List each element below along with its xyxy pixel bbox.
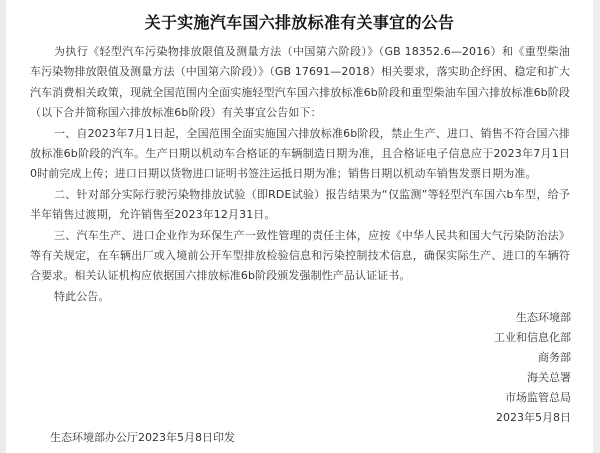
paragraph-closing: 特此公告。 <box>30 287 570 307</box>
signatory-commerce: 商务部 <box>494 348 571 368</box>
paragraph-item-1: 一、自2023年7月1日起，全国范围全面实施国六排放标准6b阶段，禁止生产、进口… <box>30 124 570 185</box>
document-body: 为执行《轻型汽车污染物排放限值及测量方法（中国第六阶段）》（GB 18352.6… <box>30 42 570 307</box>
page-scrollbar-track[interactable] <box>593 0 600 453</box>
signatory-miit: 工业和信息化部 <box>494 328 571 348</box>
paragraph-item-2: 二、针对部分实际行驶污染物排放试验（即RDE试验）报告结果为“仅监测”等轻型汽车… <box>30 185 570 226</box>
signatory-customs: 海关总署 <box>494 368 571 388</box>
paragraph-item-3: 三、汽车生产、进口企业作为环保生产一致性管理的责任主体，应按《中华人民共和国大气… <box>30 226 570 287</box>
document-page: 关于实施汽车国六排放标准有关事宜的公告 为执行《轻型汽车污染物排放限值及测量方法… <box>6 0 593 453</box>
document-title: 关于实施汽车国六排放标准有关事宜的公告 <box>6 10 593 33</box>
signature-date: 2023年5月8日 <box>494 408 571 428</box>
issuance-footer: 生态环境部办公厅2023年5月8日印发 <box>50 428 235 448</box>
signature-block: 生态环境部 工业和信息化部 商务部 海关总署 市场监管总局 2023年5月8日 <box>494 308 571 428</box>
signatory-ministry-ecology: 生态环境部 <box>494 308 571 328</box>
signatory-market-regulation: 市场监管总局 <box>494 388 571 408</box>
paragraph-intro: 为执行《轻型汽车污染物排放限值及测量方法（中国第六阶段）》（GB 18352.6… <box>30 42 570 124</box>
